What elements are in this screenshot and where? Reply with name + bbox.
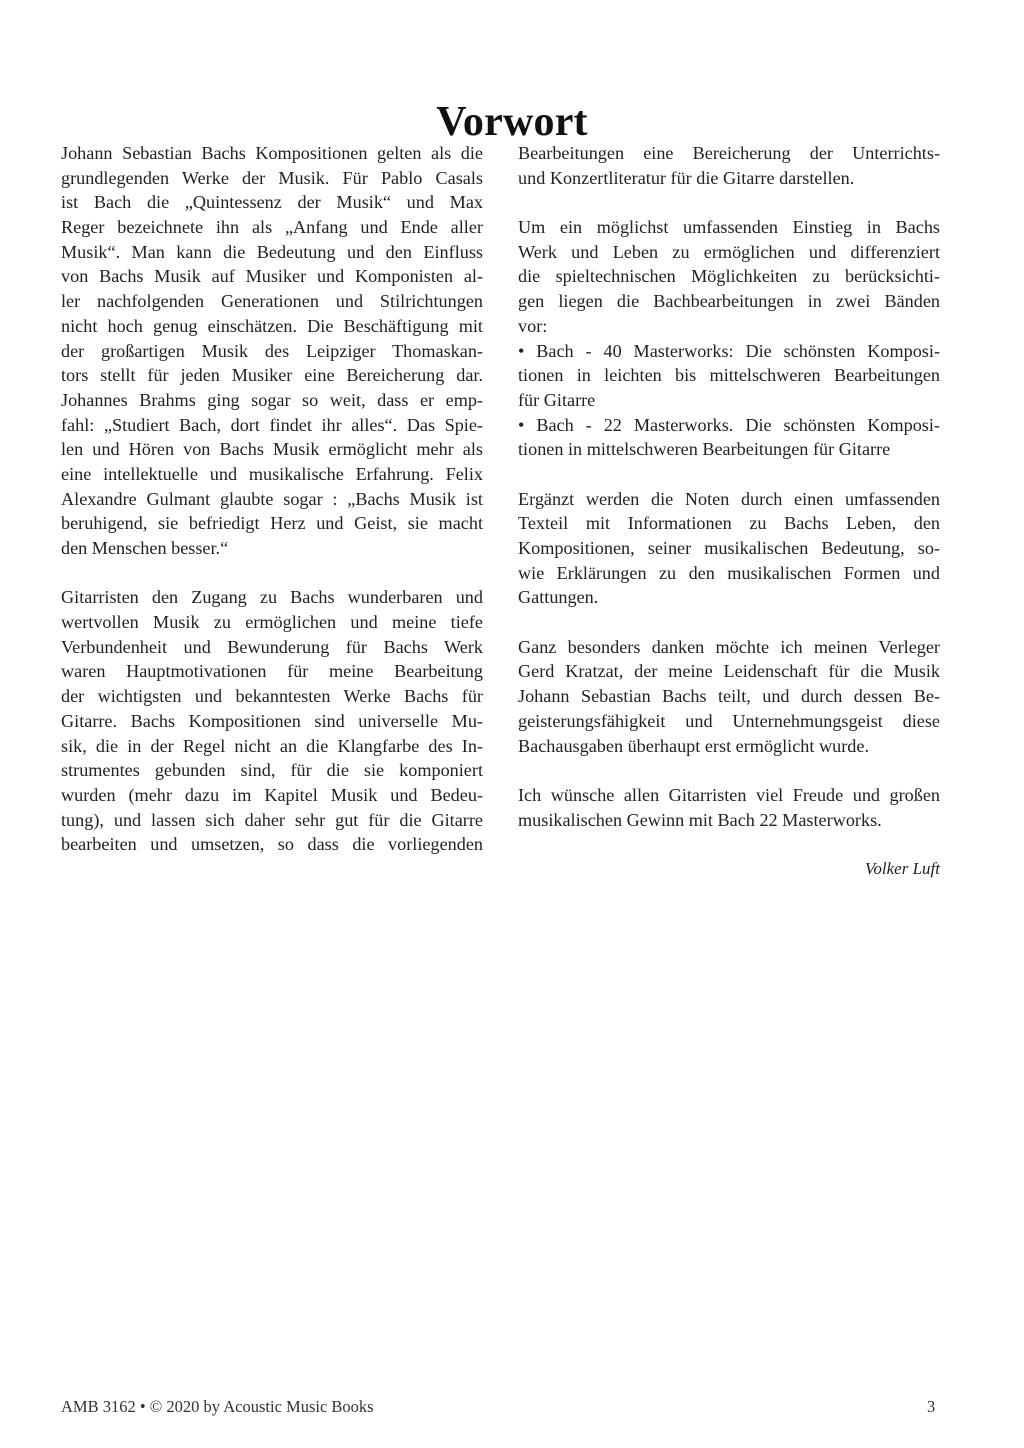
text-line: tionen in leichten bis mittelschweren Be… [518, 363, 940, 388]
text-line: sik, die in der Regel nicht an die Klang… [61, 734, 483, 759]
text-line: len und Hören von Bachs Musik ermöglicht… [61, 437, 483, 462]
text-line: Um ein möglichst umfassenden Einstieg in… [518, 215, 940, 240]
text-line: eine intellektuelle und musikalische Erf… [61, 462, 483, 487]
text-line: Musik“. Man kann die Bedeutung und den E… [61, 240, 483, 265]
list-item-bach-22: • Bach - 22 Masterworks. Die schönsten K… [518, 413, 940, 438]
text-line: Ich wünsche allen Gitarristen viel Freud… [518, 783, 940, 808]
text-line: Werk und Leben zu ermöglichen und differ… [518, 240, 940, 265]
text-line: wertvollen Musik zu ermöglichen und mein… [61, 610, 483, 635]
paragraph-thanks: Ganz besonders danken möchte ich meinen … [518, 635, 940, 758]
text-line: und Konzertliteratur für die Gitarre dar… [518, 166, 940, 191]
text-line: von Bachs Musik auf Musiker und Komponis… [61, 264, 483, 289]
text-line: ist Bach die „Quintessenz der Musik“ und… [61, 190, 483, 215]
text-line: Gattungen. [518, 585, 940, 610]
paragraph-motivation: Gitarristen den Zugang zu Bachs wunderba… [61, 585, 483, 857]
text-line: für Gitarre [518, 388, 940, 413]
text-line: strumentes gebunden sind, für die sie ko… [61, 758, 483, 783]
text-line: Johann Sebastian Bachs Kompositionen gel… [61, 141, 483, 166]
text-line: beruhigend, sie befriedigt Herz und Geis… [61, 511, 483, 536]
text-line: ler nachfolgenden Generationen und Stilr… [61, 289, 483, 314]
text-line: musikalischen Gewinn mit Bach 22 Masterw… [518, 808, 940, 833]
text-line: den Menschen besser.“ [61, 536, 483, 561]
text-line: Gitarristen den Zugang zu Bachs wunderba… [61, 585, 483, 610]
text-line: Johann Sebastian Bachs teilt, und durch … [518, 684, 940, 709]
paragraph-volumes: Um ein möglichst umfassenden Einstieg in… [518, 215, 940, 462]
paragraph-intro: Johann Sebastian Bachs Kompositionen gel… [61, 141, 483, 561]
text-line: Gitarre. Bachs Kompositionen sind univer… [61, 709, 483, 734]
text-line: geisterungsfähigkeit und Unternehmungsge… [518, 709, 940, 734]
paragraph-closing: Ich wünsche allen Gitarristen viel Freud… [518, 783, 940, 832]
text-line: gen liegen die Bachbearbeitungen in zwei… [518, 289, 940, 314]
author-signature: Volker Luft [518, 857, 940, 882]
text-line: Kompositionen, seiner musikalischen Bede… [518, 536, 940, 561]
text-line: wurden (mehr dazu im Kapitel Musik und B… [61, 783, 483, 808]
text-line: grundlegenden Werke der Musik. Für Pablo… [61, 166, 483, 191]
right-column: Bearbeitungen eine Bereicherung der Unte… [518, 141, 940, 882]
text-line: wie Erklärungen zu den musikalischen For… [518, 561, 940, 586]
text-line: waren Hauptmotivationen für meine Bearbe… [61, 659, 483, 684]
page-number: 3 [927, 1396, 935, 1418]
list-item-bach-40: • Bach - 40 Masterworks: Die schönsten K… [518, 339, 940, 364]
paragraph-continuation: Bearbeitungen eine Bereicherung der Unte… [518, 141, 940, 190]
paragraph-texteil: Ergänzt werden die Noten durch einen umf… [518, 487, 940, 610]
footer-copyright: AMB 3162 • © 2020 by Acoustic Music Book… [61, 1396, 374, 1418]
text-line: Reger bezeichnete ihn als „Anfang und En… [61, 215, 483, 240]
text-line: tors stellt für jeden Musiker eine Berei… [61, 363, 483, 388]
text-line: tionen in mittelschweren Bearbeitungen f… [518, 437, 940, 462]
text-line: der großartigen Musik des Leipziger Thom… [61, 339, 483, 364]
text-line: Ergänzt werden die Noten durch einen umf… [518, 487, 940, 512]
text-line: bearbeiten und umsetzen, so dass die vor… [61, 832, 483, 857]
text-line: Johannes Brahms ging sogar so weit, dass… [61, 388, 483, 413]
text-line: die spieltechnischen Möglichkeiten zu be… [518, 264, 940, 289]
text-line: der wichtigsten und bekanntesten Werke B… [61, 684, 483, 709]
text-line: Gerd Kratzat, der meine Leidenschaft für… [518, 659, 940, 684]
text-line: Bearbeitungen eine Bereicherung der Unte… [518, 141, 940, 166]
text-line: vor: [518, 314, 940, 339]
text-line: Alexandre Gulmant glaubte sogar : „Bachs… [61, 487, 483, 512]
text-line: Bachausgaben überhaupt erst ermöglicht w… [518, 734, 940, 759]
text-line: nicht hoch genug einschätzen. Die Beschä… [61, 314, 483, 339]
text-line: Verbundenheit und Bewunderung für Bachs … [61, 635, 483, 660]
left-column: Johann Sebastian Bachs Kompositionen gel… [61, 141, 483, 882]
text-line: fahl: „Studiert Bach, dort findet ihr al… [61, 413, 483, 438]
text-line: Ganz besonders danken möchte ich meinen … [518, 635, 940, 660]
text-line: Texteil mit Informationen zu Bachs Leben… [518, 511, 940, 536]
text-line: tung), und lassen sich daher sehr gut fü… [61, 808, 483, 833]
